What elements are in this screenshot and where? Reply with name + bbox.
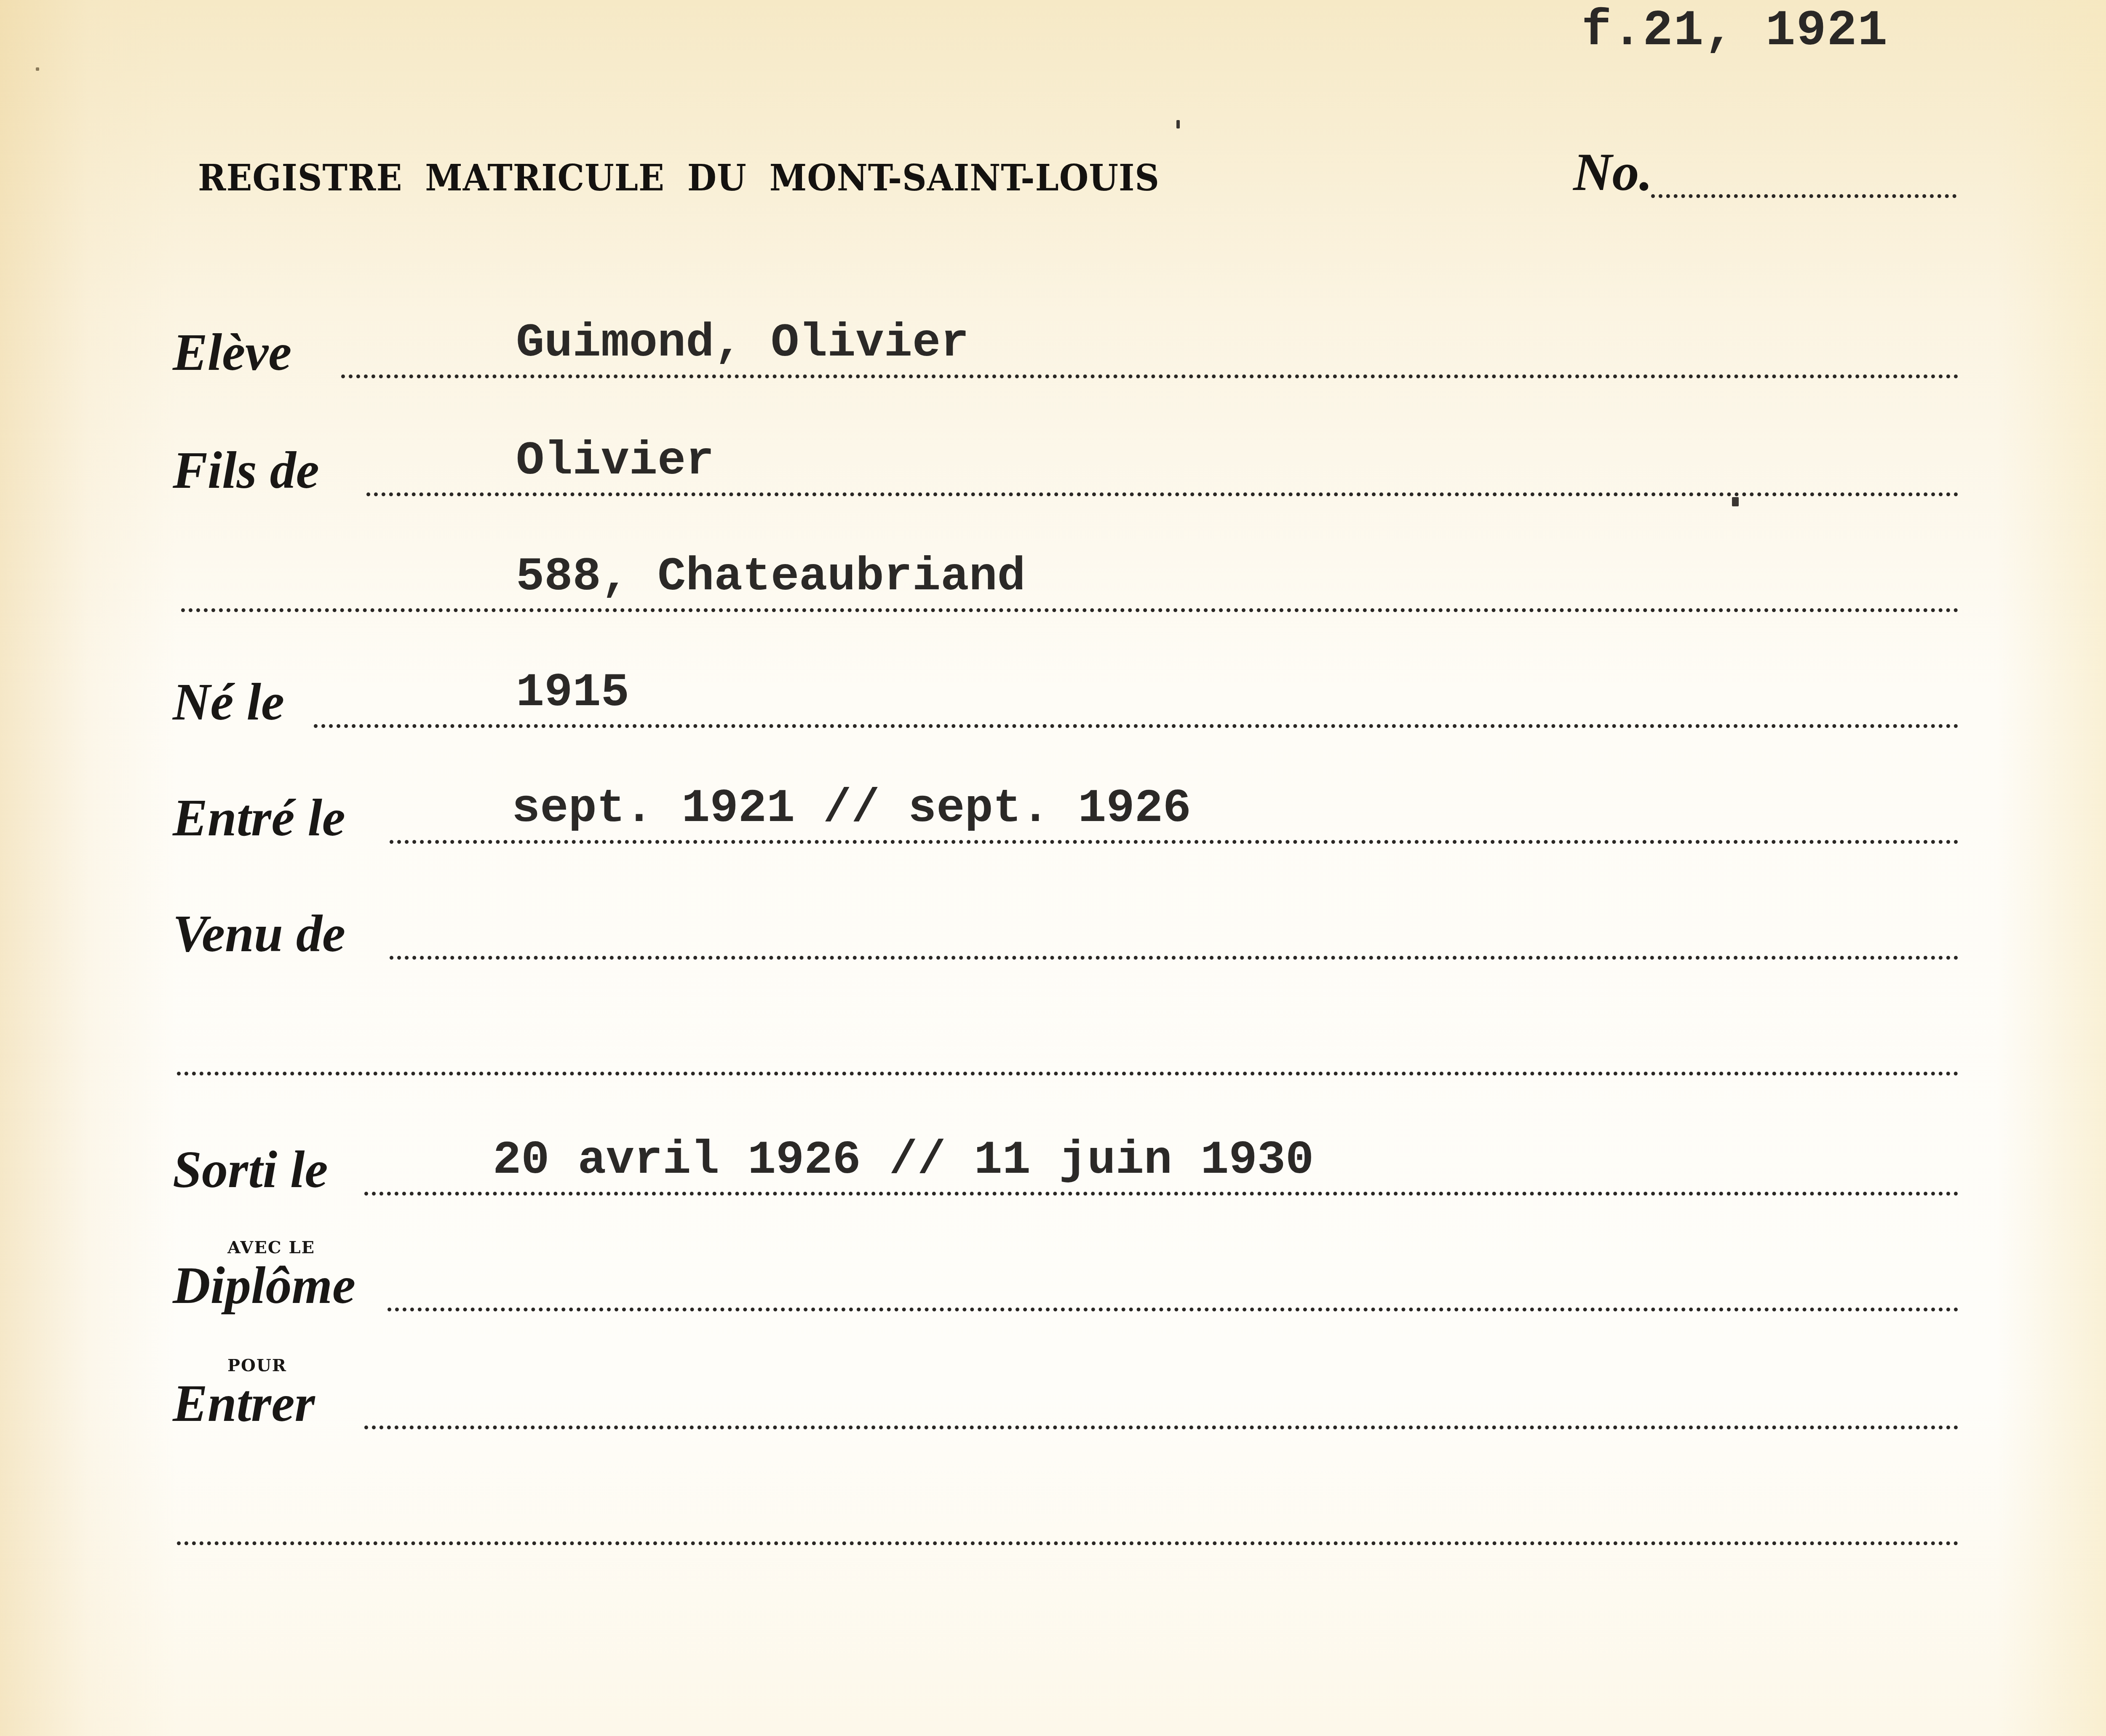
record-number-label: No. (1573, 141, 1652, 203)
field-fils-de: Fils de Olivier (173, 438, 1959, 506)
field-entrer-label: Entrer (173, 1374, 315, 1434)
field-sorti-le-value: 20 avril 1926 // 11 juin 1930 (493, 1134, 1314, 1187)
field-fils-de-label: Fils de (173, 441, 319, 500)
field-entre-le-value: sept. 1921 // sept. 1926 (512, 782, 1191, 835)
field-diplome-label: Diplôme (173, 1256, 355, 1316)
field-ne-le-value: 1915 (516, 666, 629, 720)
title-word-registre: REGISTRE (198, 157, 402, 199)
field-sorti-le-label: Sorti le (173, 1140, 328, 1200)
field-diplome-prefix: AVEC LE (227, 1238, 315, 1257)
field-entrer: POUR Entrer (173, 1371, 1959, 1439)
title-word-institution: MONT-SAINT-LOUIS (770, 157, 1160, 199)
field-venu-de-line (390, 956, 1959, 960)
field-diplome: AVEC LE Diplôme (173, 1253, 1959, 1321)
field-venu-de-label: Venu de (173, 904, 345, 964)
field-entre-le-line (390, 840, 1959, 844)
form-title: REGISTREMATRICULEDUMONT-SAINT-LOUIS (198, 157, 1182, 199)
field-sorti-le-line (364, 1192, 1959, 1196)
field-fils-de-value: Olivier (516, 434, 714, 488)
field-address-value: 588, Chateaubriand (516, 550, 1026, 604)
field-fils-de-line (366, 492, 1959, 496)
field-diplome-line (388, 1308, 1959, 1311)
field-entre-le-label: Entré le (173, 788, 345, 848)
field-eleve-label: Elève (173, 323, 291, 383)
field-entrer-continuation (173, 1487, 1959, 1554)
title-word-matricule: MATRICULE (425, 157, 665, 199)
field-venu-de-continuation-line (177, 1072, 1959, 1075)
paper-left-edge-tint (0, 0, 177, 1736)
field-venu-de: Venu de (173, 901, 1959, 969)
field-entrer-continuation-line (177, 1541, 1959, 1545)
title-word-du: DU (687, 157, 747, 199)
record-number-field: No. (1573, 147, 1956, 206)
field-entrer-line (364, 1426, 1959, 1429)
field-entrer-prefix: POUR (227, 1356, 287, 1375)
record-number-line (1651, 194, 1956, 198)
ink-speck (1732, 497, 1739, 506)
field-ne-le-label: Né le (173, 672, 284, 732)
field-entre-le: Entré le sept. 1921 // sept. 1926 (173, 786, 1959, 853)
field-ne-le: Né le 1915 (173, 670, 1959, 737)
field-address-line (181, 608, 1959, 612)
field-venu-de-continuation (173, 1017, 1959, 1085)
folio-reference: f.21, 1921 (1582, 3, 1888, 59)
ink-speck (1176, 120, 1180, 128)
ink-speck (36, 67, 39, 71)
field-sorti-le: Sorti le 20 avril 1926 // 11 juin 1930 (173, 1137, 1959, 1205)
field-eleve-value: Guimond, Olivier (516, 316, 969, 370)
field-eleve-line (341, 374, 1959, 378)
field-ne-le-line (314, 724, 1959, 728)
paper-right-edge-tint (1996, 0, 2106, 1736)
field-address: 588, Chateaubriand (173, 554, 1959, 621)
field-eleve: Elève Guimond, Olivier (173, 320, 1959, 388)
